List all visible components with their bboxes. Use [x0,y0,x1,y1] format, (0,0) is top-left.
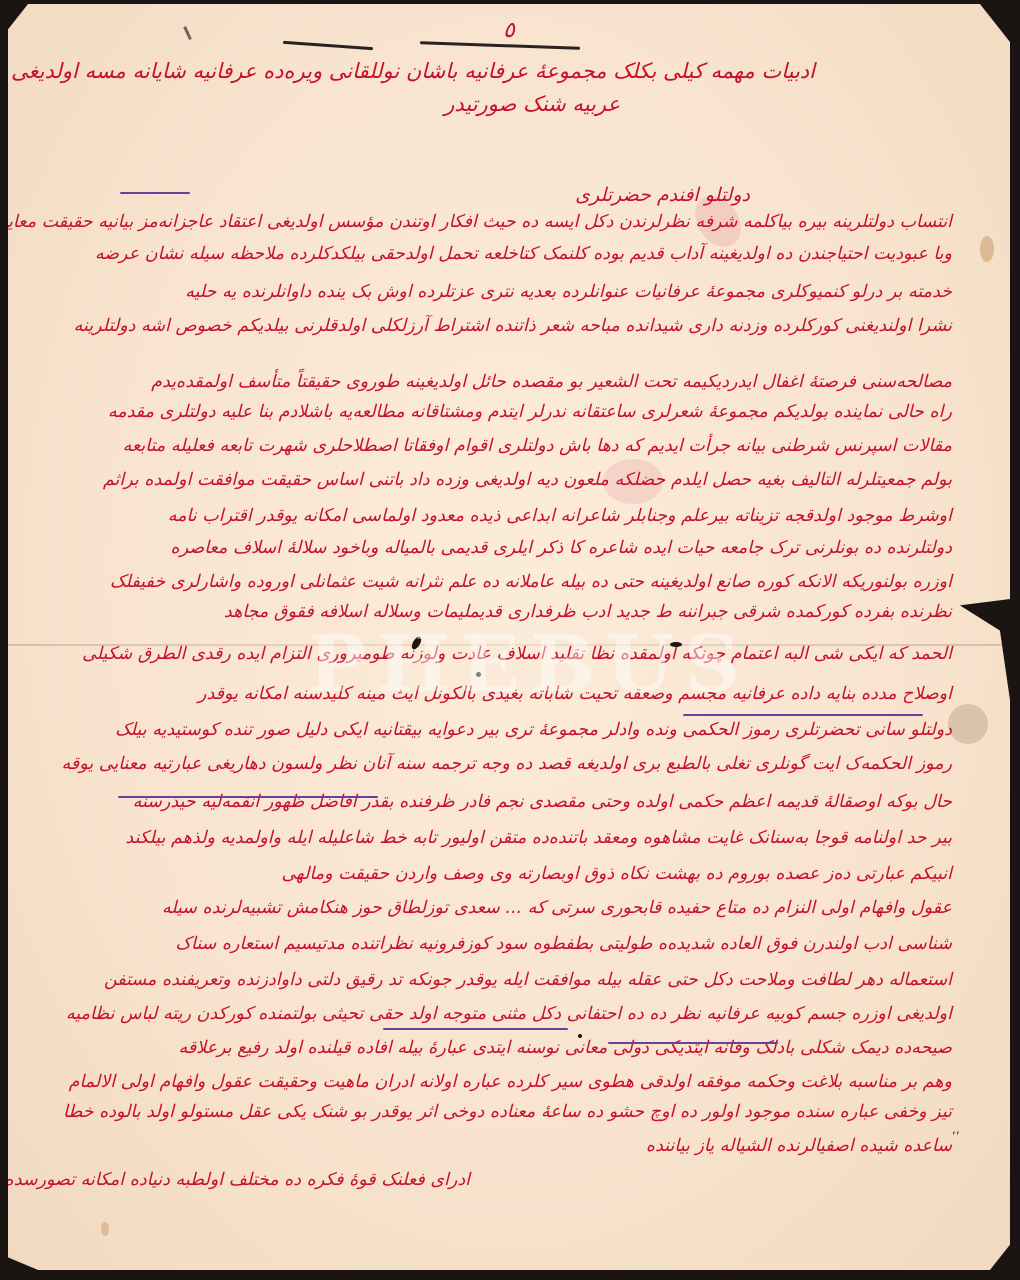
paper-stain [980,236,994,262]
paper-stain [948,704,988,744]
underline-mark [608,1042,778,1044]
body-line: مصالحه‌سنی فرصتهٔ اغفال ایدردیکیمه تحت ا… [151,372,952,392]
body-line: رموز الحکمه‌ک ایت گونلری تغلی بالطبع بری… [62,754,952,774]
body-line: صیحه‌ده دیمک شکلی بادلک وقانه ایتدیکی دو… [178,1038,952,1058]
body-line: راه حالی نماینده بولدیکم مجموعهٔ شعرلری … [108,402,952,422]
body-line: دولتلرنده ده بونلرنی ترک جامعه حیات ایده… [171,538,952,558]
document-title-line-2: عربیه شنک صورتیدر [444,92,620,116]
body-line: مقالات اسپرنس شرطنی بیانه جرأت ایدیم که … [123,436,952,456]
body-line: اوشرط موجود اولدقجه تزیناته بیرعلم وجناب… [168,506,952,526]
page-number: ٥ [503,18,515,43]
underline-mark [118,796,378,798]
body-line: حال بوکه اوصقالهٔ قدیمه اعظم حکمی اولده … [133,792,952,812]
watermark: PHEBUS [308,619,738,710]
body-line: بیر حد اولنامه قوجا به‌سنانک غایت مشاهوه… [125,828,952,848]
body-line: اولدیغی اوزره جسم کوبیه عرفانیه نظر ده د… [66,1004,952,1024]
body-line: دولتلو سانی تحضرتلری رموز الحکمی ونده وا… [115,720,952,740]
body-line: وبا عبودیت احتیاجندن ده اولدیغینه آداب ق… [95,244,952,264]
body-line: خدمته بر درلو کنمیوکلری مجموعهٔ عرفانیات… [185,282,952,302]
body-line: بولم جمعیتلرله التالیف بغیه حصل ایلدم حض… [103,470,952,490]
underline-mark [383,1028,568,1030]
margin-mark: ,, [952,1122,960,1136]
title-overline-right [420,41,580,49]
body-line: وهم بر مناسبه بلاغت وحکمه موفقه اولدقی ه… [69,1072,952,1092]
pencil-mark [183,26,192,40]
body-line: تیز وخفی عباره سنده موجود اولور ده اوچ ح… [63,1102,952,1122]
salutation: دولتلو افندم حضرتلری [575,184,750,206]
body-line: انتساب دولتلرینه بیره بیاکلمه شرفه نظرلر… [0,212,952,232]
underline-mark [120,192,190,194]
body-line: نشرا اولندیغنی کورکلرده وزدنه داری شیدان… [74,316,952,336]
paper-stain [101,1222,109,1236]
document-title-line-1: ادبیات مهمه کیلی بکلک مجموعهٔ عرفانیه با… [11,59,815,83]
title-overline-left [283,41,373,50]
underline-mark [683,714,923,716]
body-line: شناسی ادب اولندرن فوق العاده شدیده‌ه طول… [175,934,952,954]
body-line: عقول وافهام اولی النزام ده متاع حفیده قا… [162,898,952,918]
body-line: اوزره بولنوریکه الانکه کوره صانع اولدیغی… [110,572,952,592]
closing-line: ادرای فعلنک قوهٔ فکره ده مختلف اولطبه دن… [0,1170,470,1190]
ink-blot [578,1034,582,1038]
body-line: ساعده شیده اصفیالرنده الشیاله یاز بیانند… [646,1136,952,1156]
body-line: انبیکم عبارتی ده‌ز عصده بوروم ده بهشت نک… [281,864,952,884]
manuscript-page: ٥ ادبیات مهمه کیلی بکلک مجموعهٔ عرفانیه … [8,4,1010,1270]
body-line: استعماله دهر لطافت وملاحت دکل حتی عقله ب… [104,970,952,990]
